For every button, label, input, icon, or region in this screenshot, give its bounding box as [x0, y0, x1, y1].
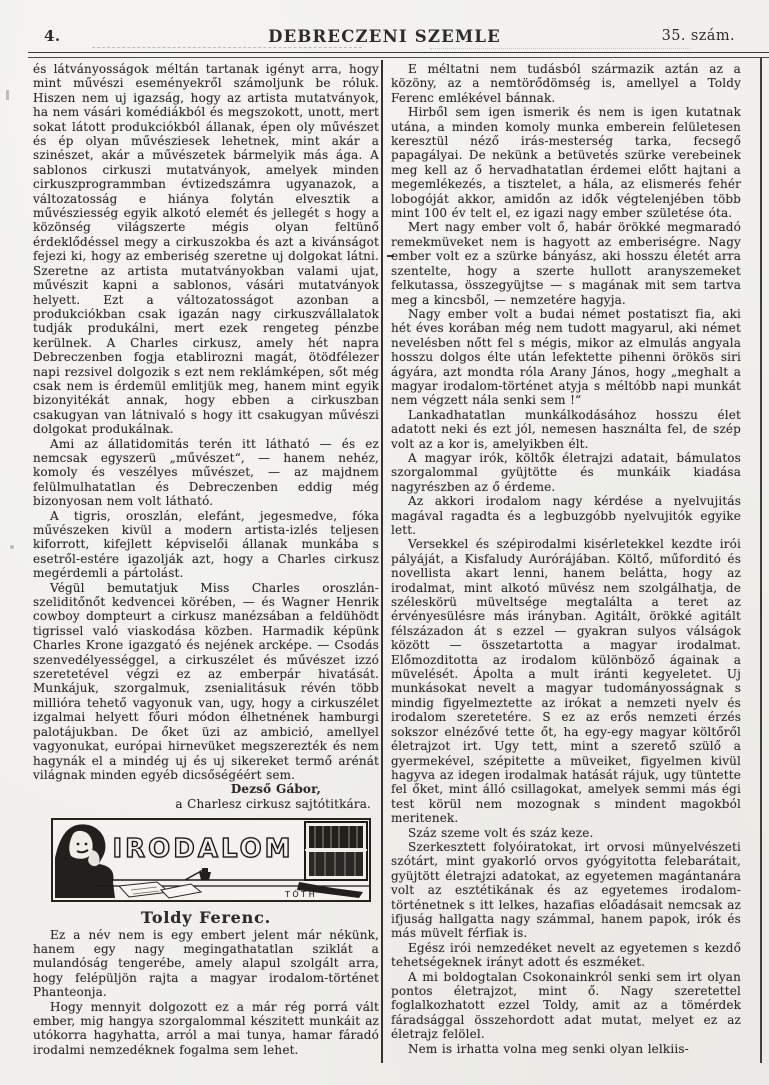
left-column: és látványosságok méltán tartanak igényt… [33, 62, 379, 1057]
column-divider [381, 60, 383, 1063]
right-margin-rule [760, 57, 762, 1063]
toldy-paragraph: Hogy mennyit dolgozott ez a már rég porr… [33, 1000, 379, 1058]
banner-drawing: IRODALOM [53, 820, 369, 900]
right-paragraph: Nem is irhatta volna meg senki olyan lel… [391, 1042, 741, 1056]
print-artifact [10, 545, 14, 549]
right-paragraph: Egész irói nemzedéket nevelt az egyeteme… [391, 941, 741, 970]
right-paragraph: Hirből sem igen ismerik és nem is igen k… [391, 105, 741, 220]
circus-article: és látványosságok méltán tartanak igényt… [33, 62, 379, 811]
right-column: E méltatni nem tudásból származik aztán … [391, 62, 741, 1056]
signature-title: a Charlesz cirkusz sajtótitkára. [33, 797, 379, 811]
right-paragraph: A mi boldogtalan Csokonainkról senki sem… [391, 970, 741, 1042]
print-artifact [6, 90, 9, 100]
right-paragraph: Lankadhatatlan munkálkodásához hosszu él… [391, 408, 741, 451]
right-paragraph: Szerkesztett folyóiratokat, irt orvosi m… [391, 840, 741, 941]
newspaper-page: 4. DEBRECZENI SZEMLE 35. szám. és látván… [0, 0, 769, 1085]
toldy-paragraph: Ez a név nem is egy embert jelent már né… [33, 928, 379, 1000]
signature-name: Dezső Gábor, [33, 782, 379, 796]
header-rule [28, 52, 769, 58]
artist-signature: TÓTH [284, 888, 317, 899]
irodalom-banner-illustration: IRODALOM [51, 818, 371, 902]
right-paragraph: Az akkori irodalom nagy kérdése a nyelvu… [391, 494, 741, 537]
right-paragraph: A magyar irók, költők életrajzi adatait,… [391, 451, 741, 494]
right-paragraph: Száz szeme volt és száz keze. [391, 826, 741, 840]
circus-paragraph: A tigris, oroszlán, elefánt, jegesmedve,… [33, 509, 379, 581]
circus-paragraph: Ami az állatidomitás terén itt látható —… [33, 437, 379, 509]
print-artifact [430, 48, 690, 49]
issue-number: 35. szám. [662, 28, 735, 44]
print-artifact [92, 47, 362, 48]
right-paragraph: Mert nagy ember volt ő, habár örökké meg… [391, 220, 741, 306]
toldy-heading: Toldy Ferenc. [33, 911, 379, 925]
banner-title: IRODALOM [112, 834, 293, 864]
masthead-title: DEBRECZENI SZEMLE [0, 27, 769, 46]
toldy-article: Toldy Ferenc. Ez a név nem is egy embert… [33, 911, 379, 1057]
circus-paragraph: Végül bemutatjuk Miss Charles oroszlán-s… [33, 581, 379, 783]
circus-paragraph: és látványosságok méltán tartanak igényt… [33, 62, 379, 437]
right-paragraph: E méltatni nem tudásból származik aztán … [391, 62, 741, 105]
right-paragraph: Versekkel és szépirodalmi kisérletekkel … [391, 537, 741, 825]
right-paragraph: Nagy ember volt a budai német postatiszt… [391, 307, 741, 408]
